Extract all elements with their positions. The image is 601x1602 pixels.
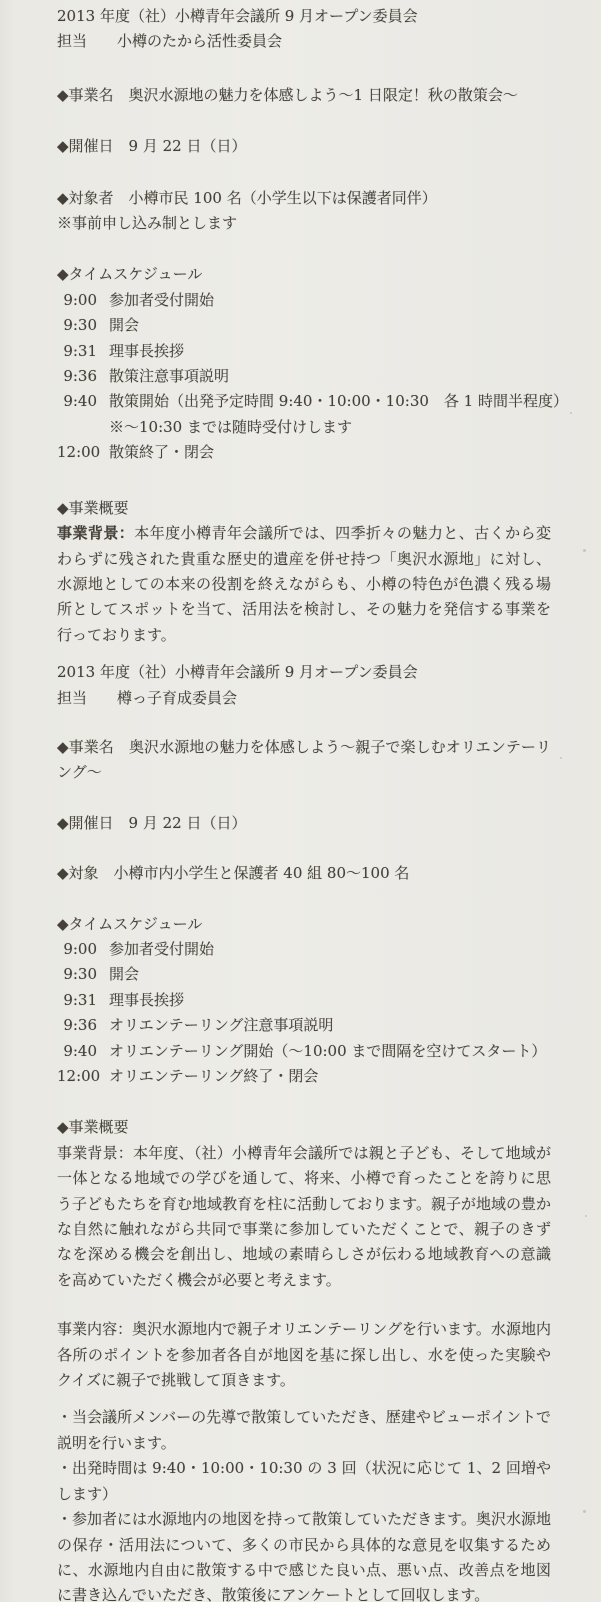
scan-speck [560,757,562,759]
schedule-item: 散策開始（出発予定時間 9:40・10:00・10:30 各 1 時間半程度） [109,389,568,414]
overview-title: ◆事業概要 [57,1115,551,1140]
overview-label: 事業背景： [57,524,134,542]
duty-committee-line: 担当 小樽のたから活性委員会 [57,29,551,54]
schedule-time: 9:30 [57,313,97,338]
content-text: 奥沢水源地内で親子オリエンテーリングを行います。水源地内各所のポイントを参加者各… [57,1320,551,1389]
schedule-time: 9:31 [57,339,97,364]
schedule-item: 開会 [109,962,139,987]
schedule-row: 9:31 理事長挨拶 [57,339,551,364]
event-date-line: ◆開催日 9 月 22 日（日） [57,134,551,159]
schedule-time: 9:00 [57,937,97,962]
schedule-time: 9:36 [57,364,97,389]
section-orienteering: 2013 年度（社）小樽青年会議所 9 月オープン委員会 担当 樽っ子育成委員会… [57,660,551,1602]
schedule-item: 理事長挨拶 [109,339,184,364]
schedule-title: ◆タイムスケジュール [57,912,551,937]
schedule-time: 12:00 [57,440,97,465]
overview-title: ◆事業概要 [57,496,551,521]
schedule-row: 9:00 参加者受付開始 [57,937,551,962]
schedule-list: 9:00 参加者受付開始 9:30 開会 9:31 理事長挨拶 9:36 散策注… [57,288,551,466]
schedule-row: 9:00 参加者受付開始 [57,288,551,313]
audience-line: ◆対象 小樽市内小学生と保護者 40 組 80～100 名 [57,861,551,886]
scan-speck [585,1215,587,1217]
schedule-time: 12:00 [57,1064,97,1089]
schedule-list: 9:00 参加者受付開始 9:30 開会 9:31 理事長挨拶 9:36 オリエ… [57,937,551,1089]
schedule-row: 12:00 散策終了・閉会 [57,440,551,465]
schedule-row: 9:30 開会 [57,962,551,987]
schedule-item: 散策注意事項説明 [109,364,229,389]
schedule-item: 理事長挨拶 [109,988,184,1013]
schedule-row: 9:40 オリエンテーリング開始（～10:00 まで間隔を空けてスタート） [57,1039,551,1064]
schedule-item: 参加者受付開始 [109,937,214,962]
audience-note-line: ※事前申し込み制とします [57,211,551,236]
schedule-item: オリエンテーリング開始（～10:00 まで間隔を空けてスタート） [109,1039,546,1064]
event-date-line: ◆開催日 9 月 22 日（日） [57,811,551,836]
schedule-note: ※～10:30 までは随時受付けします [109,415,551,440]
schedule-time: 9:31 [57,988,97,1013]
schedule-title: ◆タイムスケジュール [57,262,551,287]
duty-committee-line: 担当 樽っ子育成委員会 [57,686,551,711]
project-name-line: ◆事業名 奥沢水源地の魅力を体感しよう～親子で楽しむオリエンテーリング～ [57,735,551,786]
schedule-time: 9:30 [57,962,97,987]
scan-speck [583,1510,586,1513]
bullet-item: ・当会議所メンバーの先導で散策していただき、歴建やビューポイントで説明を行います… [57,1405,551,1456]
schedule-row: 12:00 オリエンテーリング終了・閉会 [57,1064,551,1089]
bullet-list: ・当会議所メンバーの先導で散策していただき、歴建やビューポイントで説明を行います… [57,1405,551,1602]
overview-paragraph: 事業背景：本年度小樽青年会議所では、四季折々の魅力と、古くから変わらずに残された… [57,521,551,648]
schedule-time: 9:40 [57,389,97,414]
schedule-row: 9:36 オリエンテーリング注意事項説明 [57,1013,551,1038]
content-label: 事業内容： [57,1320,132,1338]
scan-speck [570,412,572,414]
schedule-time: 9:40 [57,1039,97,1064]
schedule-item: オリエンテーリング終了・閉会 [109,1064,318,1089]
schedule-row: 9:30 開会 [57,313,551,338]
schedule-item: 散策終了・閉会 [109,440,214,465]
schedule-row: 9:31 理事長挨拶 [57,988,551,1013]
schedule-item: 参加者受付開始 [109,288,214,313]
overview-paragraph: 事業背景：本年度、（社）小樽青年会議所では親と子ども、そして地域が一体となる地域… [57,1141,551,1293]
committee-header-line: 2013 年度（社）小樽青年会議所 9 月オープン委員会 [57,4,551,29]
document-page: 2013 年度（社）小樽青年会議所 9 月オープン委員会 担当 小樽のたから活性… [0,0,601,1602]
scan-speck [583,549,586,552]
bullet-item: ・参加者には水源地内の地図を持って散策していただきます。奥沢水源地の保存・活用法… [57,1507,551,1602]
audience-line: ◆対象者 小樽市民 100 名（小学生以下は保護者同伴） [57,186,551,211]
schedule-time: 9:36 [57,1013,97,1038]
schedule-item: 開会 [109,313,139,338]
schedule-row: 9:36 散策注意事項説明 [57,364,551,389]
section-autumn-walk: 2013 年度（社）小樽青年会議所 9 月オープン委員会 担当 小樽のたから活性… [57,4,551,648]
overview-label: 事業背景： [57,1144,133,1162]
content-paragraph: 事業内容：奥沢水源地内で親子オリエンテーリングを行います。水源地内各所のポイント… [57,1317,551,1393]
schedule-row: 9:40 散策開始（出発予定時間 9:40・10:00・10:30 各 1 時間… [57,389,551,414]
project-name-line: ◆事業名 奥沢水源地の魅力を体感しよう～1 日限定！秋の散策会～ [57,83,551,108]
schedule-item: オリエンテーリング注意事項説明 [109,1013,333,1038]
bullet-item: ・出発時間は 9:40・10:00・10:30 の 3 回（状況に応じて 1、2… [57,1456,551,1507]
committee-header-line: 2013 年度（社）小樽青年会議所 9 月オープン委員会 [57,660,551,685]
overview-text: 本年度、（社）小樽青年会議所では親と子ども、そして地域が一体となる地域での学びを… [57,1144,551,1289]
schedule-time: 9:00 [57,288,97,313]
